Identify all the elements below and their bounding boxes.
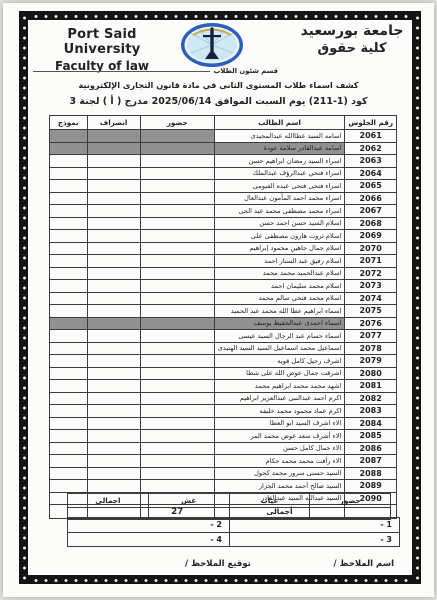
departure-cell xyxy=(87,167,140,180)
attendance-cell xyxy=(140,417,214,430)
seat-number-cell: 2069 xyxy=(345,230,397,243)
student-rows: 2061اسامه السيد عطاالله عبدالمجيدى2062اس… xyxy=(50,130,397,505)
student-name-cell: اسامه عبدالقادر سلامة عودة xyxy=(214,142,345,155)
form-cell xyxy=(50,242,88,255)
departure-cell xyxy=(87,342,140,355)
student-row: 2064اسراء فتحي عبدالرؤف عبدالملك xyxy=(50,167,397,180)
attendance-table-header-row: رقم الجلوس اسم الطالب حضور انصراف نموذج xyxy=(50,116,397,130)
student-name-cell: اسماء احمدى عبدالحفيظ يوسف xyxy=(214,317,345,330)
seat-number-cell: 2077 xyxy=(345,330,397,343)
ornamental-border-top xyxy=(19,11,421,20)
form-cell xyxy=(50,455,88,468)
attendance-cell xyxy=(140,142,214,155)
attendance-cell xyxy=(140,255,214,268)
seat-number-cell: 2089 xyxy=(345,480,397,493)
student-row: 2078اسماعيل محمد اسماعيل السيد السيد اله… xyxy=(50,342,397,355)
seat-number-cell: 2071 xyxy=(345,255,397,268)
col-header-seat-number: رقم الجلوس xyxy=(345,116,397,130)
departure-cell xyxy=(87,205,140,218)
departure-cell xyxy=(87,392,140,405)
departure-cell xyxy=(87,317,140,330)
seat-number-cell: 2086 xyxy=(345,442,397,455)
seat-number-cell: 2074 xyxy=(345,292,397,305)
attendance-cell xyxy=(140,205,214,218)
attendance-cell xyxy=(140,442,214,455)
summary-attendance-header: حضور xyxy=(310,494,391,508)
student-name-cell: اسلام محمد فتحى سالم محمد xyxy=(214,292,345,305)
student-row: 2066اسراء محمد احمد المأمون عبدالعال xyxy=(50,192,397,205)
student-name-cell: اسلام محمد سليمان احمد xyxy=(214,280,345,293)
departure-cell xyxy=(87,180,140,193)
departure-cell xyxy=(87,455,140,468)
form-cell xyxy=(50,392,88,405)
attendance-cell xyxy=(140,467,214,480)
attendance-cell xyxy=(140,180,214,193)
student-row: 2089السيد صالح أحمد محمد الجزار xyxy=(50,480,397,493)
observer-signature-label: توقيع الملاحظ / xyxy=(185,559,251,569)
attendance-cell xyxy=(140,330,214,343)
departure-cell xyxy=(87,305,140,318)
attendance-cell xyxy=(140,430,214,443)
student-row: 2063اسراء السيد رمضان ابراهيم حسن xyxy=(50,155,397,168)
col-header-attendance: حضور xyxy=(140,116,214,130)
form-cell xyxy=(50,180,88,193)
student-row: 2084الاء اشرف السيد ابو العطا xyxy=(50,417,397,430)
departure-cell xyxy=(87,405,140,418)
summary-total-header: اجمالى xyxy=(68,494,149,508)
departure-cell xyxy=(87,380,140,393)
departure-cell xyxy=(87,330,140,343)
numbered-line-1: - 1 xyxy=(229,518,399,533)
student-name-cell: اشرف رحيل كامل قويه xyxy=(214,355,345,368)
seat-number-cell: 2088 xyxy=(345,467,397,480)
form-cell xyxy=(50,167,88,180)
student-row: 2081اشهد محمد محمد ابراهيم محمد xyxy=(50,380,397,393)
form-cell xyxy=(50,255,88,268)
department-label: قسم شئون الطلاب xyxy=(210,67,282,75)
form-cell xyxy=(50,342,88,355)
attendance-cell xyxy=(140,217,214,230)
student-name-cell: اسامه السيد عطاالله عبدالمجيدى xyxy=(214,130,345,143)
attendance-cell xyxy=(140,317,214,330)
form-cell xyxy=(50,330,88,343)
university-title-en: Port Said University xyxy=(31,27,173,57)
student-name-cell: السيد صالح أحمد محمد الجزار xyxy=(214,480,345,493)
student-name-cell: اسلام ثروت هارون مصطفى على xyxy=(214,230,345,243)
form-cell xyxy=(50,142,88,155)
departure-cell xyxy=(87,367,140,380)
summary-cheating-header: غش xyxy=(148,494,229,508)
form-cell xyxy=(50,442,88,455)
student-row: 2073اسلام محمد سليمان احمد xyxy=(50,280,397,293)
form-cell xyxy=(50,430,88,443)
seat-number-cell: 2076 xyxy=(345,317,397,330)
departure-cell xyxy=(87,192,140,205)
departure-cell xyxy=(87,130,140,143)
seat-number-cell: 2080 xyxy=(345,367,397,380)
student-row: 2086الاء جمال كامل حسن xyxy=(50,442,397,455)
numbered-lines-table: - 1 - 2 - 3 - 4 xyxy=(67,517,400,547)
form-cell xyxy=(50,267,88,280)
form-cell xyxy=(50,130,88,143)
seat-number-cell: 2066 xyxy=(345,192,397,205)
student-name-cell: السيد حسنى سرور محمد كحول xyxy=(214,467,345,480)
attendance-cell xyxy=(140,192,214,205)
departure-cell xyxy=(87,217,140,230)
form-cell xyxy=(50,230,88,243)
departure-cell xyxy=(87,442,140,455)
department-rule: قسم شئون الطلاب xyxy=(33,67,410,75)
student-name-cell: اسلام جمال جاهين محمود إبراهيم xyxy=(214,242,345,255)
student-row: 2070اسلام جمال جاهين محمود إبراهيم xyxy=(50,242,397,255)
numbered-line-4: - 4 xyxy=(68,532,230,547)
student-name-cell: اسلام رفيق عبد الستار احمد xyxy=(214,255,345,268)
student-row: 2062اسامه عبدالقادر سلامة عودة xyxy=(50,142,397,155)
seat-number-cell: 2068 xyxy=(345,217,397,230)
seat-number-cell: 2082 xyxy=(345,392,397,405)
seat-number-cell: 2078 xyxy=(345,342,397,355)
student-row: 2088السيد حسنى سرور محمد كحول xyxy=(50,467,397,480)
student-name-cell: الاء جمال كامل حسن xyxy=(214,442,345,455)
form-cell xyxy=(50,355,88,368)
sheet-subtitle: كود (1-211) يوم السبت الموافق 2025/06/14… xyxy=(3,96,434,107)
student-name-cell: الاء أشرف سعد عوض محمد المر xyxy=(214,430,345,443)
student-row: 2085الاء أشرف سعد عوض محمد المر xyxy=(50,430,397,443)
university-name-arabic: جامعة بورسعيد كلية حقوق xyxy=(291,23,413,56)
attendance-cell xyxy=(140,230,214,243)
attendance-cell xyxy=(140,480,214,493)
seat-number-cell: 2079 xyxy=(345,355,397,368)
student-row: 2087الاء رأفت محمد محمد حكام xyxy=(50,455,397,468)
attendance-cell xyxy=(140,342,214,355)
seat-number-cell: 2072 xyxy=(345,267,397,280)
col-header-form: نموذج xyxy=(50,116,88,130)
departure-cell xyxy=(87,242,140,255)
numbered-line-row: - 3 - 4 xyxy=(68,532,400,547)
attendance-cell xyxy=(140,380,214,393)
student-row: 2076اسماء احمدى عبدالحفيظ يوسف xyxy=(50,317,397,330)
form-cell xyxy=(50,417,88,430)
departure-cell xyxy=(87,430,140,443)
seat-number-cell: 2063 xyxy=(345,155,397,168)
departure-cell xyxy=(87,292,140,305)
attendance-cell xyxy=(140,392,214,405)
form-cell xyxy=(50,280,88,293)
student-row: 2067اسراء محمد مصطفى محمد عبد الحى xyxy=(50,205,397,218)
form-cell xyxy=(50,305,88,318)
attendance-cell xyxy=(140,130,214,143)
form-cell xyxy=(50,205,88,218)
student-name-cell: اكرم احمد عبدالنبى عبدالعزيز ابراهيم xyxy=(214,392,345,405)
student-name-cell: اسراء فتحي عبدالرؤف عبدالملك xyxy=(214,167,345,180)
form-cell xyxy=(50,217,88,230)
attendance-cell xyxy=(140,455,214,468)
student-row: 2083اكرم عماد محمود محمد خليفه xyxy=(50,405,397,418)
student-name-cell: اسراء محمد مصطفى محمد عبد الحى xyxy=(214,205,345,218)
seat-number-cell: 2070 xyxy=(345,242,397,255)
form-cell xyxy=(50,480,88,493)
student-row: 2072اسلام عبدالحميد محمد محمد xyxy=(50,267,397,280)
form-cell xyxy=(50,380,88,393)
seat-number-cell: 2061 xyxy=(345,130,397,143)
col-header-departure: انصراف xyxy=(87,116,140,130)
departure-cell xyxy=(87,155,140,168)
attendance-cell xyxy=(140,305,214,318)
attendance-cell xyxy=(140,242,214,255)
department-line xyxy=(33,71,210,72)
seat-number-cell: 2081 xyxy=(345,380,397,393)
numbered-line-row: - 1 - 2 xyxy=(68,518,400,533)
seat-number-cell: 2085 xyxy=(345,430,397,443)
form-cell xyxy=(50,405,88,418)
student-row: 2071اسلام رفيق عبد الستار احمد xyxy=(50,255,397,268)
departure-cell xyxy=(87,467,140,480)
seat-number-cell: 2073 xyxy=(345,280,397,293)
seat-number-cell: 2083 xyxy=(345,405,397,418)
student-name-cell: اسراء فتحى فتحى عبده الفيومى xyxy=(214,180,345,193)
departure-cell xyxy=(87,267,140,280)
departure-cell xyxy=(87,480,140,493)
col-header-student-name: اسم الطالب xyxy=(214,116,345,130)
seat-number-cell: 2084 xyxy=(345,417,397,430)
form-cell xyxy=(50,467,88,480)
student-name-cell: اسلام عبدالحميد محمد محمد xyxy=(214,267,345,280)
departure-cell xyxy=(87,355,140,368)
attendance-cell xyxy=(140,367,214,380)
document-page: Port Said University Faculty of law جامع… xyxy=(3,3,434,597)
departure-cell xyxy=(87,417,140,430)
seat-number-cell: 2087 xyxy=(345,455,397,468)
attendance-cell xyxy=(140,155,214,168)
student-row: 2069اسلام ثروت هارون مصطفى على xyxy=(50,230,397,243)
form-cell xyxy=(50,317,88,330)
faculty-title-ar: كلية حقوق xyxy=(291,41,413,56)
sheet-title: كشف اسماء طلاب المستوى الثانى في مادة قا… xyxy=(3,80,434,90)
page-header: Port Said University Faculty of law جامع… xyxy=(3,23,434,71)
summary-table: حضور غياب غش اجمالى xyxy=(67,493,391,520)
university-seal-icon xyxy=(179,21,245,69)
student-row: 2077اسماء حسام عبد الرجال السيد عيسى xyxy=(50,330,397,343)
form-cell xyxy=(50,155,88,168)
attendance-cell xyxy=(140,292,214,305)
summary-header-row: حضور غياب غش اجمالى xyxy=(68,494,391,508)
seat-number-cell: 2062 xyxy=(345,142,397,155)
summary-absence-header: غياب xyxy=(229,494,310,508)
departure-cell xyxy=(87,230,140,243)
attendance-cell xyxy=(140,405,214,418)
seat-number-cell: 2065 xyxy=(345,180,397,193)
student-name-cell: اسماعيل محمد اسماعيل السيد السيد الهنيدى xyxy=(214,342,345,355)
student-row: 2068اسلام السيد حسن احمد حسن xyxy=(50,217,397,230)
student-name-cell: اسراء محمد احمد المأمون عبدالعال xyxy=(214,192,345,205)
departure-cell xyxy=(87,142,140,155)
student-name-cell: اسماء حسام عبد الرجال السيد عيسى xyxy=(214,330,345,343)
student-name-cell: اشرقت جمال عوض الله على شطا xyxy=(214,367,345,380)
student-row: 2061اسامه السيد عطاالله عبدالمجيدى xyxy=(50,130,397,143)
student-row: 2080اشرقت جمال عوض الله على شطا xyxy=(50,367,397,380)
student-name-cell: الاء رأفت محمد محمد حكام xyxy=(214,455,345,468)
student-name-cell: اسلام السيد حسن احمد حسن xyxy=(214,217,345,230)
student-name-cell: اسماء ابراهيم عطا الله محمد عبد الحميد xyxy=(214,305,345,318)
student-name-cell: الاء اشرف السيد ابو العطا xyxy=(214,417,345,430)
ornamental-border-bottom xyxy=(19,575,421,584)
observer-name-label: اسم الملاحظ / xyxy=(334,559,394,569)
student-row: 2075اسماء ابراهيم عطا الله محمد عبد الحم… xyxy=(50,305,397,318)
seat-number-cell: 2067 xyxy=(345,205,397,218)
student-name-cell: اشهد محمد محمد ابراهيم محمد xyxy=(214,380,345,393)
form-cell xyxy=(50,192,88,205)
attendance-cell xyxy=(140,280,214,293)
student-row: 2074اسلام محمد فتحى سالم محمد xyxy=(50,292,397,305)
attendance-table: رقم الجلوس اسم الطالب حضور انصراف نموذج … xyxy=(49,115,397,519)
seat-number-cell: 2075 xyxy=(345,305,397,318)
student-row: 2082اكرم احمد عبدالنبى عبدالعزيز ابراهيم xyxy=(50,392,397,405)
form-cell xyxy=(50,292,88,305)
departure-cell xyxy=(87,255,140,268)
departure-cell xyxy=(87,280,140,293)
university-title-ar: جامعة بورسعيد xyxy=(291,23,413,39)
student-row: 2079اشرف رحيل كامل قويه xyxy=(50,355,397,368)
seat-number-cell: 2064 xyxy=(345,167,397,180)
attendance-cell xyxy=(140,355,214,368)
student-row: 2065اسراء فتحى فتحى عبده الفيومى xyxy=(50,180,397,193)
student-name-cell: اكرم عماد محمود محمد خليفه xyxy=(214,405,345,418)
attendance-cell xyxy=(140,267,214,280)
numbered-line-3: - 3 xyxy=(229,532,399,547)
student-name-cell: اسراء السيد رمضان ابراهيم حسن xyxy=(214,155,345,168)
form-cell xyxy=(50,367,88,380)
attendance-cell xyxy=(140,167,214,180)
numbered-line-2: - 2 xyxy=(68,518,230,533)
